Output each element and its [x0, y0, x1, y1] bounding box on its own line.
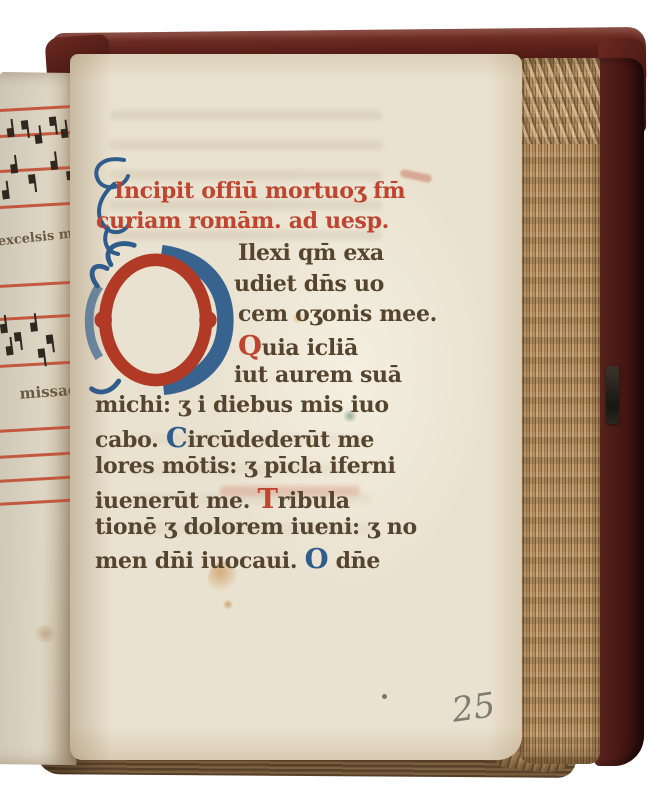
- neume: [49, 116, 57, 126]
- neume: [50, 160, 58, 170]
- text-segment: iuenerūt me.: [95, 488, 257, 514]
- neume: [14, 332, 22, 342]
- neume: [10, 164, 18, 174]
- manuscript-line: michi: ʒ i diebus mis iuo: [95, 394, 389, 416]
- text-segment: Q: [238, 330, 262, 362]
- neume: [38, 348, 46, 358]
- manuscript-line: iuenerūt me. Tribula: [95, 486, 350, 514]
- text-segment: C: [166, 422, 188, 454]
- text-segment: men dn̄i iuocaui.: [95, 548, 305, 574]
- manuscript-line: Incipit offiū mortuoʒ fm̄: [114, 180, 405, 202]
- text-segment: iut aurem suā: [234, 362, 402, 388]
- manuscript-line: lores mōtis: ʒ pīcla iferni: [95, 455, 396, 477]
- text-segment: curiam romām. ad uesp.: [96, 208, 389, 234]
- text-segment: Incipit offiū mortuoʒ fm̄: [114, 178, 405, 204]
- text-segment: udiet dn̄s uo: [234, 271, 384, 297]
- text-segment: cabo.: [95, 427, 166, 453]
- text-segment: ribula: [278, 488, 350, 514]
- manuscript-line: Quia icliā: [238, 333, 358, 361]
- stain: [32, 625, 58, 643]
- text-segment: O: [305, 543, 329, 575]
- clasp-catch: [606, 366, 619, 424]
- neume: [46, 334, 54, 344]
- music-text-fragment: excelsis m: [0, 227, 73, 250]
- text-block: Incipit offiū mortuoʒ fm̄curiam romām. a…: [70, 54, 522, 760]
- text-segment: dn̄e: [328, 548, 380, 574]
- neume: [35, 134, 43, 144]
- neume: [21, 120, 29, 130]
- manuscript-line: men dn̄i iuocaui. O dn̄e: [95, 546, 380, 574]
- text-segment: ircūdederūt me: [187, 427, 374, 453]
- neume: [30, 322, 38, 332]
- manuscript-line: curiam romām. ad uesp.: [96, 210, 389, 232]
- manuscript-line: cabo. Circūdederūt me: [95, 425, 374, 453]
- text-segment: uia icliā: [262, 335, 358, 361]
- text-segment: tionē ʒ dolorem iueni: ʒ no: [95, 514, 417, 540]
- neume: [7, 128, 15, 138]
- manuscript-line: iut aurem suā: [234, 364, 402, 386]
- manuscript-page: Incipit offiū mortuoʒ fm̄curiam romām. a…: [70, 54, 522, 760]
- text-segment: michi: ʒ i diebus mis iuo: [95, 392, 389, 418]
- neume: [28, 174, 36, 184]
- fore-edge-leaves: [518, 58, 600, 764]
- manuscript-line: Ilexi qm̄ exa: [238, 242, 384, 264]
- neume: [2, 190, 10, 200]
- manuscript-line: udiet dn̄s uo: [234, 273, 384, 295]
- back-cover-leather: [594, 58, 644, 766]
- page-number: 25: [449, 685, 497, 731]
- manuscript-photo: excelsis m missae Incipit offiū mortuoʒ …: [0, 0, 651, 800]
- text-segment: cem oʒonis mee.: [238, 301, 437, 327]
- manuscript-line: cem oʒonis mee.: [238, 303, 437, 325]
- text-segment: T: [257, 483, 277, 515]
- text-segment: lores mōtis: ʒ pīcla iferni: [95, 453, 396, 479]
- neume: [61, 129, 69, 139]
- neume: [6, 346, 14, 356]
- text-segment: Ilexi qm̄ exa: [238, 240, 384, 266]
- neume: [0, 324, 8, 334]
- manuscript-line: tionē ʒ dolorem iueni: ʒ no: [95, 516, 417, 538]
